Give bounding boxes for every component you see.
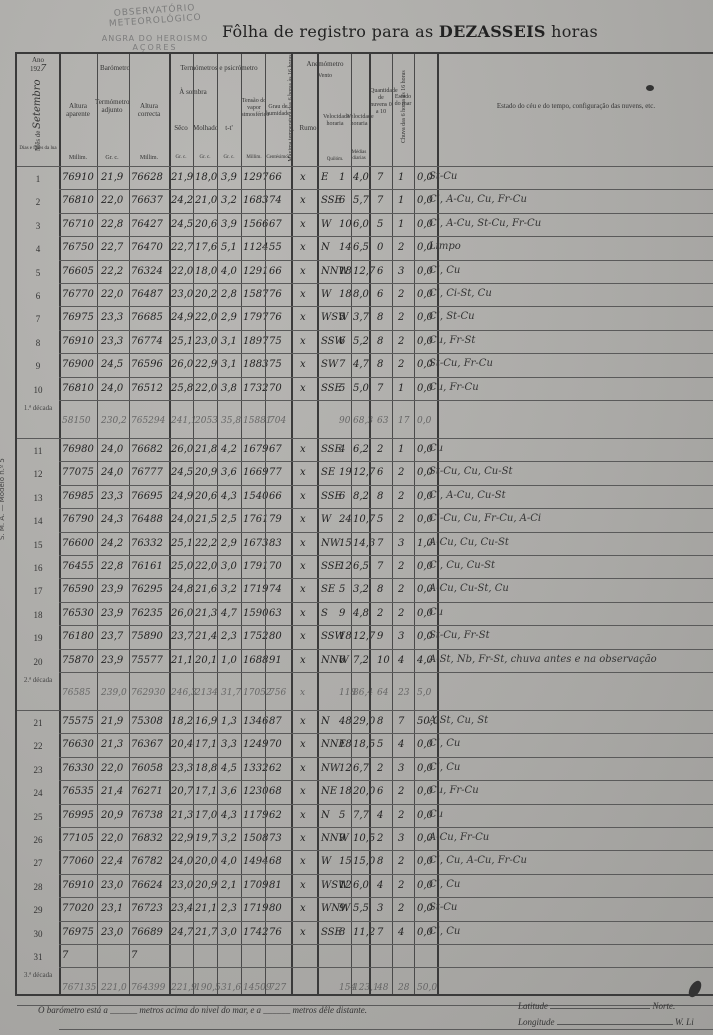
sum-corr: 765294 [131,416,165,426]
cell-nuv: 2 [377,763,383,774]
unit-grc: Gr. c. [217,154,241,162]
cell-rumo: SW [321,359,338,370]
cell-seco: 20,7 [171,786,193,797]
day-number: 2 [17,197,59,207]
cell-dif: 4,5 [221,763,237,774]
table-row: 207587023,97557721,120,11,0168891xNNW67,… [17,651,713,674]
cell-media: 5,0 [353,383,369,394]
cell-corr: 76689 [131,927,163,938]
cell-molh: 20,0 [195,856,217,867]
cell-media: 11,2 [353,927,375,938]
month-label: Mês de Setembro [34,101,42,151]
table-row: 117698024,07668226,021,84,2167967xSSE46,… [17,440,713,463]
table-row: 37671022,87642724,520,63,9156667xW106,05… [17,215,713,238]
day-number: 14 [17,516,59,526]
row-rule [59,921,713,922]
cell-alt: 77105 [62,833,94,844]
sum-hum: 727 [269,983,286,993]
cell-media: 4,8 [353,608,369,619]
stamp-line-2: ANGRA DO HEROISMO [80,34,230,43]
table-row: 3177 [17,946,713,969]
table-row: 277706022,47678224,020,04,0149468xW1515,… [17,852,713,875]
title-prefix: Fôlha de registro para as [222,22,434,41]
cell-vel: 18 [339,631,352,642]
sum-tens: 14509 [243,983,272,993]
column-rule [241,54,242,994]
cell-nuv: 7 [377,195,383,206]
title-hour: DEZASSEIS [439,22,546,41]
cell-alt: 76985 [62,491,94,502]
day-number: 4 [17,244,59,254]
day-number: 31 [17,952,59,962]
cell-nuv: 2 [377,608,383,619]
cell-molh: 20,9 [195,880,217,891]
column-rule [193,54,194,994]
cell-tadj: 23,0 [101,927,123,938]
cell-vel: 19 [339,467,352,478]
cell-observation: Ci, St-Cu [429,311,475,322]
day-number: 11 [17,446,59,456]
cell-observation: Ci, Cu [429,738,460,749]
row-rule [59,353,713,354]
cell-nuv: 8 [377,359,383,370]
cell-rumo: NE [321,786,337,797]
table-row: 127707524,07677724,520,93,6166977xSE1912… [17,463,713,486]
day-number: 27 [17,858,59,868]
cell-alt: 76900 [62,359,94,370]
cell-media: 6,2 [353,444,369,455]
cell-alt: 77075 [62,467,94,478]
cell-nuv: 6 [377,467,383,478]
cell-nuv: 7 [377,172,383,183]
cell-tadj: 23,0 [101,880,123,891]
cell-corr: 76685 [131,312,163,323]
day-number: 13 [17,493,59,503]
cell-tadj: 22,0 [101,763,123,774]
row-rule [59,306,713,307]
day-number: 28 [17,882,59,892]
column-rule [414,54,415,994]
sum-chuva: 5,0 [417,688,431,698]
cell-alt: 76590 [62,584,94,595]
cell-observation: Ci, Cu [429,926,460,937]
observatory-stamp: OBSERVATÓRIO METEOROLÓGICO ANGRA DO HERO… [80,2,230,48]
cell-molh: 22,0 [195,312,217,323]
cell-max: x [300,312,306,323]
cell-seco: 22,7 [171,242,193,253]
cell-molh: 21,8 [195,444,217,455]
column-rule [59,54,61,994]
cell-vel: 24 [339,514,352,525]
cell-alt: 7 [62,950,68,961]
cell-mar: 2 [398,608,404,619]
decade-summary-row: 1.ª década58150230,2765294241,1205335,81… [17,402,713,440]
col-header-apparent-height: Altura aparente [61,102,95,118]
sum-mar: 28 [398,983,409,993]
cell-vel: 9 [339,608,345,619]
form-model-label: S. M. A. — Modêlo n.º 5 [0,458,6,540]
cell-nuv: 7 [377,561,383,572]
cell-mar: 4 [398,739,404,750]
cell-hum: 55 [269,242,282,253]
cell-hum: 68 [269,786,282,797]
day-number: 10 [17,385,59,395]
cell-rumo: WNW [321,903,350,914]
cell-media: 7,2 [353,655,369,666]
cell-nuv: 6 [377,786,383,797]
day-number: 15 [17,540,59,550]
cell-tadj: 22,8 [101,561,123,572]
row-rule [59,485,713,486]
anemometer-group: Anemómetro [293,60,357,68]
cell-mar: 2 [398,514,404,525]
row-rule [59,874,713,875]
thermometers-group: Termómetros e psicrómetro [169,64,269,72]
cell-mar: 2 [398,903,404,914]
day-number: 23 [17,765,59,775]
cell-nuv: 6 [377,289,383,300]
cell-mar: 2 [398,810,404,821]
barometer-note: O barómetro está a ______ metros acima d… [38,1005,367,1015]
day-number: 26 [17,835,59,845]
cell-nuv: 6 [377,266,383,277]
cell-tadj: 23,3 [101,491,123,502]
cell-dif: 3,0 [221,561,237,572]
sum-chuva: 50,0 [417,983,437,993]
cell-molh: 23,0 [195,336,217,347]
cell-hum: 76 [269,289,282,300]
cell-mar: 4 [398,927,404,938]
cell-corr: 76332 [131,538,163,549]
cell-corr: 76271 [131,786,163,797]
cell-nuv: 3 [377,903,383,914]
cell-dif: 3,6 [221,467,237,478]
sum-hum: 756 [269,688,286,698]
col-header-wet: Molhado [193,124,217,132]
cell-vel: 5 [339,810,345,821]
cell-max: x [300,383,306,394]
row-rule [17,710,713,711]
cell-dif: 4,3 [221,491,237,502]
cell-observation: Limpo [429,241,461,252]
cell-observation: A-Cu, Cu, Cu-St [429,537,509,548]
cell-molh: 16,9 [195,716,217,727]
cell-vel: 5 [339,312,345,323]
cell-max: x [300,856,306,867]
cell-mar: 1 [398,219,404,230]
cell-nuv: 5 [377,514,383,525]
cell-vel: 9 [339,903,345,914]
cell-mar: 2 [398,242,404,253]
cell-tadj: 21,4 [101,786,123,797]
unit-grc: Gr. c. [193,154,217,162]
col-header-corrected-height: Altura correcta [129,102,169,118]
cell-rumo: SE [321,584,335,595]
cell-corr: 76512 [131,383,163,394]
cell-tadj: 23,7 [101,631,123,642]
cell-alt: 76910 [62,336,94,347]
cell-nuv: 7 [377,927,383,938]
cell-molh: 22,0 [195,383,217,394]
table-row: 297702023,17672323,421,12,3171980xWNW95,… [17,899,713,922]
cell-vel: 12 [339,561,352,572]
row-rule [59,578,713,579]
row-rule [59,625,713,626]
cell-hum: 67 [269,444,282,455]
cell-nuv: 8 [377,336,383,347]
cell-hum: 68 [269,856,282,867]
cell-molh: 21,0 [195,195,217,206]
cell-molh: 17,1 [195,739,217,750]
cell-nuv: 8 [377,716,383,727]
cell-max: x [300,608,306,619]
sum-tens: 17052 [243,688,272,698]
table-row: 307697523,07668924,721,73,0174276xSSE811… [17,923,713,946]
cell-hum: 66 [269,491,282,502]
cell-observation: Ci, Cu [429,265,460,276]
cell-tadj: 23,1 [101,903,123,914]
cell-tadj: 23,3 [101,312,123,323]
cell-tadj: 24,5 [101,359,123,370]
cell-mar: 3 [398,833,404,844]
cell-vel: 15 [339,538,352,549]
cell-corr: 76695 [131,491,163,502]
row-rule [59,757,713,758]
column-rule [265,54,266,994]
table-row: 27681022,07663724,221,03,2168374xSSE65,7… [17,191,713,214]
table-row: 87691023,37677425,123,03,1189775xSSW65,2… [17,332,713,355]
sum-nuv: 48 [377,983,388,993]
cell-alt: 75575 [62,716,94,727]
cell-tadj: 24,0 [101,467,123,478]
cell-seco: 24,7 [171,927,193,938]
cell-molh: 21,4 [195,631,217,642]
table-row: 267710522,07683222,919,73,2150873xNNW910… [17,829,713,852]
cell-dif: 3,8 [221,383,237,394]
cell-media: 3,7 [353,312,369,323]
cell-vel: 18 [339,289,352,300]
cell-vel: 12 [339,880,352,891]
cell-nuv: 8 [377,584,383,595]
table-row: 107681024,07651225,822,03,8173270xSSE55,… [17,379,713,402]
cell-alt: 77020 [62,903,94,914]
cell-vel: 6 [339,491,345,502]
cell-max: x [300,584,306,595]
cell-max: x [300,810,306,821]
cell-corr: 76738 [131,810,163,821]
cell-hum: 70 [269,383,282,394]
cell-dif: 4,2 [221,444,237,455]
cell-seco: 26,0 [171,359,193,370]
cell-max: x [300,444,306,455]
cell-observation: Cu, Fr-St [429,335,475,346]
cell-max: x [300,195,306,206]
cell-dif: 5,1 [221,242,237,253]
cell-seco: 22,9 [171,833,193,844]
cell-dif: 4,3 [221,810,237,821]
cell-mar: 2 [398,359,404,370]
cell-dif: 1,0 [221,655,237,666]
cell-vel: 18 [339,266,352,277]
cell-max: x [300,172,306,183]
cell-seco: 24,5 [171,219,193,230]
unit-mm: Millim. [61,154,95,162]
cell-alt: 76980 [62,444,94,455]
table-row: 247653521,47627120,717,13,6123068xNE1820… [17,782,713,805]
cell-seco: 24,0 [171,514,193,525]
day-number: 5 [17,268,59,278]
table-row: 177659023,97629524,821,63,2171974xSE53,2… [17,580,713,603]
cell-tadj: 22,0 [101,195,123,206]
year-label: Ano1927 [19,56,57,73]
column-rule [217,54,218,994]
cell-corr: 76367 [131,739,163,750]
cell-molh: 21,3 [195,608,217,619]
sum-corr: 764399 [131,983,165,993]
cell-corr: 75308 [131,716,163,727]
row-rule [59,236,713,237]
cell-mar: 2 [398,880,404,891]
cell-mar: 3 [398,631,404,642]
cell-vel: 5 [339,383,345,394]
cell-hum: 80 [269,631,282,642]
cell-max: x [300,739,306,750]
cell-rumo: NW [321,763,340,774]
cell-hum: 80 [269,903,282,914]
sum-vel: 90 [339,416,350,426]
cell-seco: 23,7 [171,631,193,642]
cell-dif: 2,9 [221,538,237,549]
cell-seco: 26,0 [171,444,193,455]
cell-tadj: 23,9 [101,655,123,666]
cell-seco: 24,0 [171,856,193,867]
cell-observation: St-Cu [429,902,457,913]
day-number: 12 [17,469,59,479]
cell-nuv: 8 [377,856,383,867]
cell-tadj: 24,2 [101,538,123,549]
day-number: 21 [17,718,59,728]
title-suffix: horas [551,22,598,41]
cell-molh: 20,9 [195,467,217,478]
cell-media: 7,7 [353,810,369,821]
cell-molh: 18,0 [195,172,217,183]
cell-molh: 20,6 [195,219,217,230]
cell-alt: 76530 [62,608,94,619]
cell-molh: 22,0 [195,561,217,572]
cell-seco: 21,9 [171,172,193,183]
cell-media: 10,5 [353,833,375,844]
row-rule [59,1029,713,1030]
row-rule [59,283,713,284]
cell-vel: 4 [339,444,345,455]
cell-dif: 2,9 [221,312,237,323]
cell-molh: 21,6 [195,584,217,595]
cell-vel: 6 [339,336,345,347]
cell-media: 29,0 [353,716,375,727]
cell-media: 6,5 [353,242,369,253]
col-header-rain: Chuva das 6 horas às 16 horas [400,73,408,143]
cell-media: 8,2 [353,491,369,502]
cell-hum: 75 [269,359,282,370]
cell-seco: 20,4 [171,739,193,750]
cell-observation: St-Cu [429,171,457,182]
cell-rumo: W [321,289,331,300]
cell-corr: 76782 [131,856,163,867]
col-header-hourly-speed: Velocidade horaria [323,114,347,128]
cell-mar: 2 [398,467,404,478]
day-number: 16 [17,563,59,573]
col-header-vapor-tension: Tensão do vapor atmosférico [241,98,267,119]
cell-hum: 77 [269,467,282,478]
cell-max: x [300,491,306,502]
row-rule [59,897,713,898]
cell-seco: 24,2 [171,195,193,206]
cell-dif: 3,6 [221,786,237,797]
day-label: Dias e fases da lua [19,146,57,152]
cell-hum: 66 [269,266,282,277]
cell-max: x [300,359,306,370]
cell-nuv: 5 [377,219,383,230]
row-rule [59,967,713,968]
cell-nuv: 7 [377,538,383,549]
cell-media: 3,2 [353,584,369,595]
sum-media: 123,1 [353,983,379,993]
row-rule [59,555,713,556]
cell-alt: 76600 [62,538,94,549]
cell-mar: 7 [398,716,404,727]
day-number: 30 [17,929,59,939]
cell-vel: 10 [339,219,352,230]
cell-max: x [300,242,306,253]
cell-molh: 18,0 [195,266,217,277]
cell-dif: 3,1 [221,336,237,347]
day-number: 6 [17,291,59,301]
register-table: Ano1927 Mês de Setembro Dias e fases da … [15,52,713,996]
cell-molh: 20,1 [195,655,217,666]
cell-molh: 19,7 [195,833,217,844]
cell-max: x [300,467,306,478]
cell-nuv: 2 [377,833,383,844]
cell-max: x [300,514,306,525]
cell-nuv: 7 [377,383,383,394]
row-rule [59,850,713,851]
cell-tadj: 24,3 [101,514,123,525]
day-number: 9 [17,361,59,371]
row-rule [59,213,713,214]
row-rule [59,400,713,401]
cell-tadj: 24,0 [101,444,123,455]
barometer-group: Barómetro [61,64,169,72]
cell-corr: 76058 [131,763,163,774]
cell-max: x [300,833,306,844]
cell-media: 18,5 [353,739,375,750]
cell-molh: 21,5 [195,514,217,525]
cell-hum: 83 [269,538,282,549]
sum-max: x [300,688,305,698]
col-header-observations: Estado do céu e do tempo, configuração d… [437,102,713,110]
cell-nuv: 8 [377,312,383,323]
cell-tadj: 22,7 [101,242,123,253]
cell-tadj: 22,2 [101,266,123,277]
cell-alt: 76770 [62,289,94,300]
cell-vel: 48 [339,716,352,727]
cell-seco: 18,2 [171,716,193,727]
cell-vel: 15 [339,856,352,867]
cell-media: 12,7 [353,631,375,642]
cell-seco: 25,0 [171,561,193,572]
sum-nuv: 63 [377,416,388,426]
sum-mar: 17 [398,416,409,426]
